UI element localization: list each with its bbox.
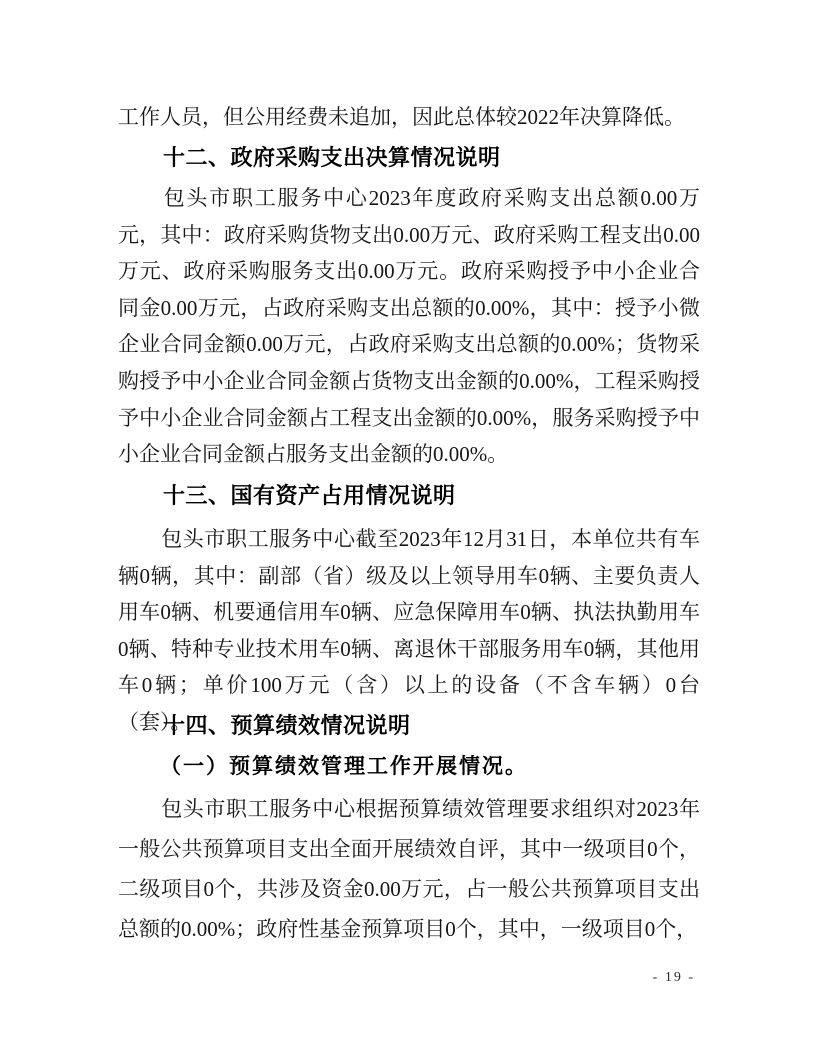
text-line: 小企业合同金额占服务支出金额的0.00%。 — [118, 436, 700, 473]
page-number: - 19 - — [653, 968, 695, 988]
text-line: 0辆、特种专业技术用车0辆、离退休干部服务用车0辆，其他用 — [118, 631, 700, 668]
text-line: 工作人员，但公用经费未追加，因此总体较2022年决算降低。 — [118, 99, 700, 136]
text-line: 购授予中小企业合同金额占货物支出金额的0.00%，工程采购授 — [118, 363, 700, 400]
text-line: 予中小企业合同金额占工程支出金额的0.00%，服务采购授予中 — [118, 400, 700, 437]
text-line: 同金0.00万元，占政府采购支出总额的0.00%，其中：授予小微 — [118, 290, 700, 327]
text-line: 辆0辆，其中：副部（省）级及以上领导用车0辆、主要负责人 — [118, 558, 700, 595]
document-page: 工作人员，但公用经费未追加，因此总体较2022年决算降低。 十二、政府采购支出决… — [0, 0, 816, 1056]
text-line: 包头市职工服务中心根据预算绩效管理要求组织对2023年 — [118, 789, 700, 829]
text-line: 包头市职工服务中心截至2023年12月31日，本单位共有车 — [118, 521, 700, 558]
section-12-heading: 十二、政府采购支出决算情况说明 — [118, 140, 700, 177]
text-line: 二级项目0个，共涉及资金0.00万元，占一般公共预算项目支出 — [118, 869, 700, 909]
section-14-heading: 十四、预算绩效情况说明 — [118, 708, 700, 745]
section-14-subheading: （一）预算绩效管理工作开展情况。 — [118, 748, 700, 785]
text-line: 万元、政府采购服务支出0.00万元。政府采购授予中小企业合 — [118, 253, 700, 290]
text-line: 包头市职工服务中心2023年度政府采购支出总额0.00万 — [118, 180, 700, 217]
text-line: 元，其中：政府采购货物支出0.00万元、政府采购工程支出0.00 — [118, 217, 700, 254]
text-line: 一般公共预算项目支出全面开展绩效自评，其中一级项目0个， — [118, 829, 700, 869]
text-line: 总额的0.00%；政府性基金预算项目0个，其中，一级项目0个， — [118, 909, 700, 949]
section-14-body: 包头市职工服务中心根据预算绩效管理要求组织对2023年一般公共预算项目支出全面开… — [118, 789, 700, 949]
section-12-body: 包头市职工服务中心2023年度政府采购支出总额0.00万元，其中：政府采购货物支… — [118, 180, 700, 473]
text-line: 企业合同金额0.00万元，占政府采购支出总额的0.00%；货物采 — [118, 326, 700, 363]
section-13-heading: 十三、国有资产占用情况说明 — [118, 478, 700, 515]
paragraph-continuation: 工作人员，但公用经费未追加，因此总体较2022年决算降低。 — [118, 99, 700, 136]
text-line: 用车0辆、机要通信用车0辆、应急保障用车0辆、执法执勤用车 — [118, 594, 700, 631]
